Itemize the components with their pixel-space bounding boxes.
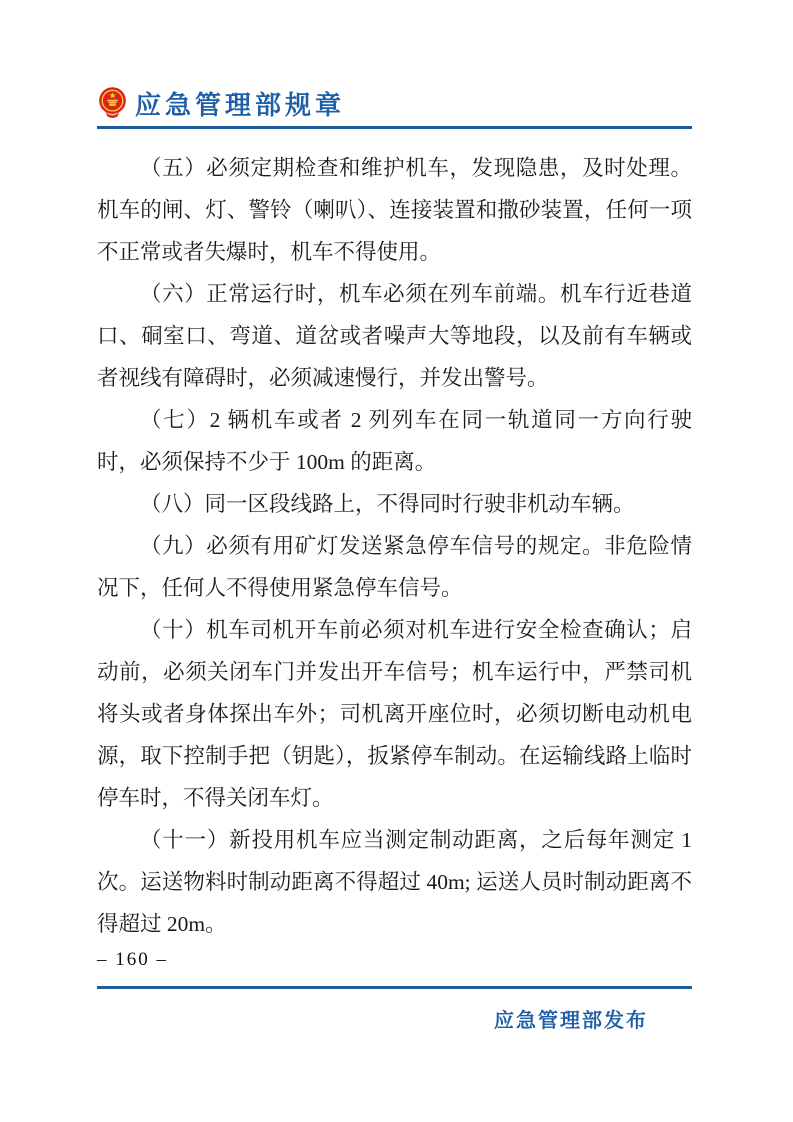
paragraph-item-11: （十一）新投用机车应当测定制动距离，之后每年测定 1 次。运送物料时制动距离不得… bbox=[97, 819, 692, 945]
national-emblem-icon bbox=[97, 85, 128, 121]
document-type-title: 应急管理部规章 bbox=[135, 85, 345, 122]
paragraph-item-7: （七）2 辆机车或者 2 列列车在同一轨道同一方向行驶时，必须保持不少于 100… bbox=[97, 399, 692, 483]
paragraph-item-6: （六）正常运行时，机车必须在列车前端。机车行近巷道口、硐室口、弯道、道岔或者噪声… bbox=[97, 273, 692, 399]
footer-rule bbox=[97, 986, 692, 989]
paragraph-item-5: （五）必须定期检查和维护机车，发现隐患，及时处理。机车的闸、灯、警铃（喇叭）、连… bbox=[97, 147, 692, 273]
document-header: 应急管理部规章 bbox=[97, 83, 345, 123]
paragraph-item-10: （十）机车司机开车前必须对机车进行安全检查确认；启动前，必须关闭车门并发出开车信… bbox=[97, 609, 692, 819]
paragraph-item-9: （九）必须有用矿灯发送紧急停车信号的规定。非危险情况下，任何人不得使用紧急停车信… bbox=[97, 525, 692, 609]
header-rule bbox=[97, 126, 692, 129]
document-body: （五）必须定期检查和维护机车，发现隐患，及时处理。机车的闸、灯、警铃（喇叭）、连… bbox=[97, 147, 692, 945]
publisher-label: 应急管理部发布 bbox=[494, 1004, 648, 1033]
paragraph-item-8: （八）同一区段线路上，不得同时行驶非机动车辆。 bbox=[97, 483, 692, 525]
page-number: – 160 – bbox=[97, 949, 168, 971]
